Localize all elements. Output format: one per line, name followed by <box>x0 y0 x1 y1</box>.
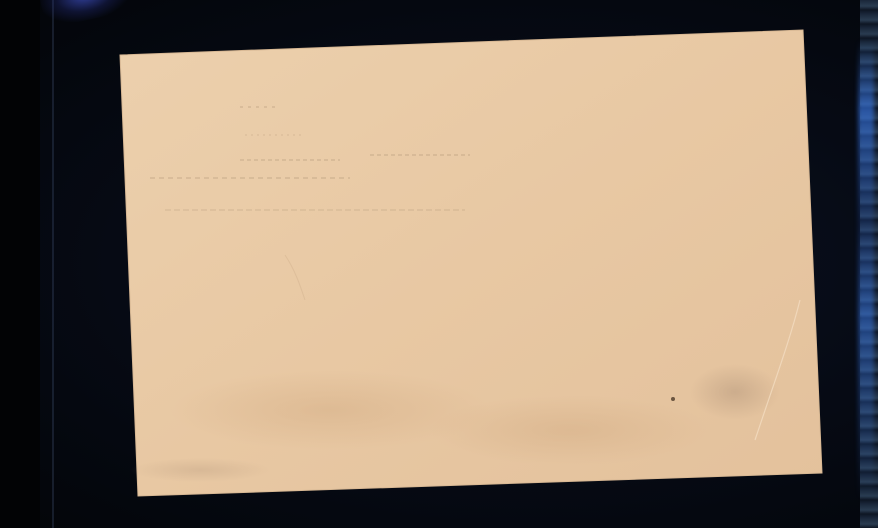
spot <box>671 397 675 401</box>
binder-glare <box>858 40 874 500</box>
photo-scene <box>0 0 878 528</box>
stain <box>690 364 780 420</box>
stain <box>130 458 270 482</box>
stain <box>430 395 710 465</box>
card <box>0 0 878 528</box>
